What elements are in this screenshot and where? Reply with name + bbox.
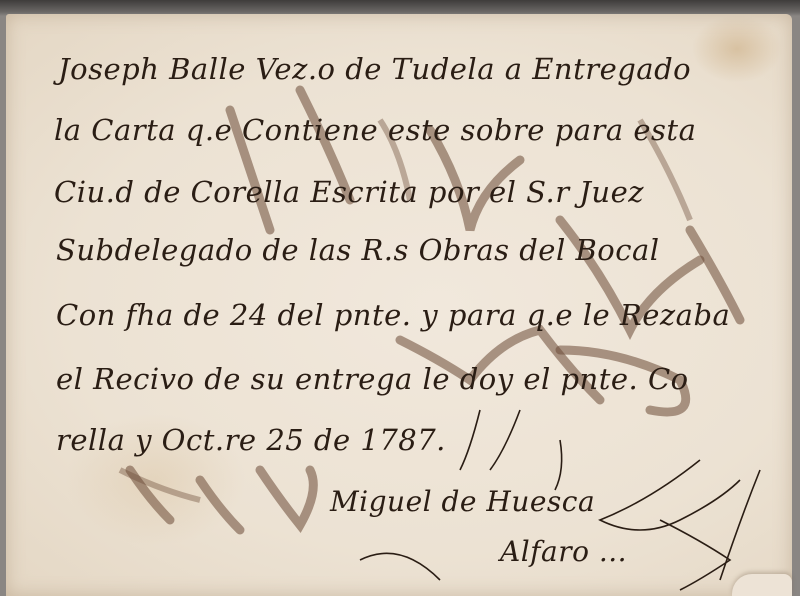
manuscript-line-5: Con fha de 24 del pnte. y para q.e le Re…	[56, 298, 730, 332]
manuscript-line-2: la Carta q.e Contiene este sobre para es…	[54, 113, 696, 147]
manuscript-line-3: Ciu.d de Corella Escrita por el S.r Juez	[54, 175, 644, 209]
manuscript-line-6: el Recivo de su entrega le doy el pnte. …	[56, 362, 689, 396]
manuscript-line-1: Joseph Balle Vez.o de Tudela a Entregado	[58, 52, 691, 86]
manuscript-line-7: rella y Oct.re 25 de 1787.	[56, 423, 446, 457]
manuscript-line-4: Subdelegado de las R.s Obras del Bocal	[56, 233, 660, 267]
signature-place: Alfaro ...	[500, 535, 627, 568]
torn-paper-corner	[732, 574, 792, 596]
signature-name: Miguel de Huesca	[330, 485, 595, 518]
